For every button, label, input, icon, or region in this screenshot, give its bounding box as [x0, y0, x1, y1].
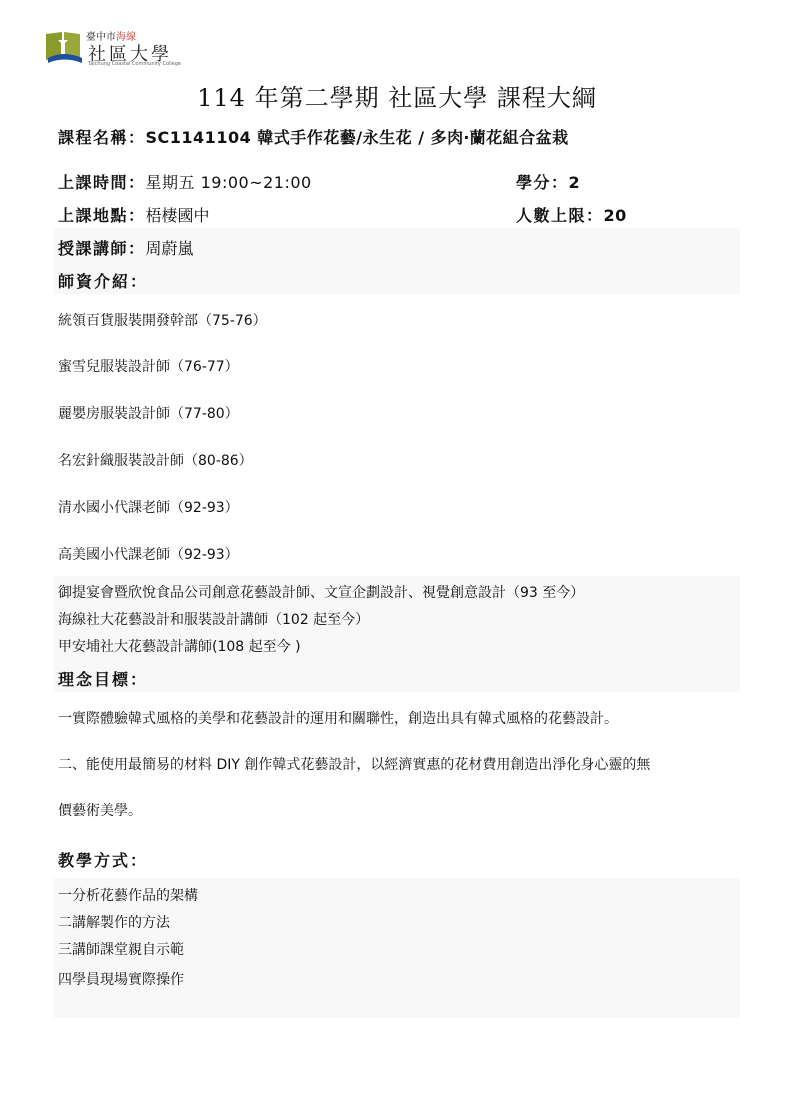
bio-item: 麗嬰房服裝設計師（77-80）	[58, 403, 239, 423]
instructor-label: 授課講師：	[58, 239, 146, 258]
page-title: 114 年第二學期 社區大學 課程大綱	[0, 78, 794, 113]
bio-item: 高美國小代課老師（92-93）	[58, 544, 239, 564]
bio-item: 蜜雪兒服裝設計師（76-77）	[58, 356, 239, 376]
credit-row: 學分：2	[516, 170, 580, 193]
goal-item: 二、能使用最簡易的材料 DIY 創作韓式花藝設計，以經濟實惠的花材費用創造出淨化…	[58, 754, 650, 774]
time-row: 上課時間：星期五 19:00~21:00	[58, 170, 312, 193]
bio-heading: 師資介紹：	[58, 269, 148, 292]
time-label: 上課時間：	[58, 173, 146, 192]
bio-item: 名宏針織服裝設計師（80-86）	[58, 450, 253, 470]
capacity-label: 人數上限：	[516, 206, 604, 225]
college-logo: 臺中市海線 社區大學 Taichung Coastal Community Co…	[44, 28, 172, 68]
method-item: 三講師課堂親自示範	[58, 939, 184, 959]
bio-item: 甲安埔社大花藝設計講師(108 起至今 )	[58, 636, 301, 656]
credit-label: 學分：	[516, 173, 569, 192]
method-item: 一分析花藝作品的架構	[58, 885, 198, 905]
location-value: 梧棲國中	[146, 206, 210, 225]
course-name-row: 課程名稱：SC1141104 韓式手作花藝/永生花 / 多肉‧蘭花組合盆栽	[58, 125, 569, 148]
location-label: 上課地點：	[58, 206, 146, 225]
goals-heading: 理念目標：	[58, 667, 148, 690]
course-name-value: SC1141104 韓式手作花藝/永生花 / 多肉‧蘭花組合盆栽	[146, 128, 569, 147]
credit-value: 2	[569, 173, 581, 192]
method-item: 二講解製作的方法	[58, 912, 170, 932]
methods-heading: 教學方式：	[58, 848, 148, 871]
bio-item: 統領百貨服裝開發幹部（75-76）	[58, 310, 267, 330]
instructor-value: 周蔚嵐	[146, 239, 194, 258]
method-item: 四學員現場實際操作	[58, 969, 184, 989]
book-logo-icon	[44, 30, 84, 64]
logo-english: Taichung Coastal Community College	[88, 61, 181, 67]
bio-item: 御提宴會暨欣悅食品公司創意花藝設計師、文宣企劃設計、視覺創意設計（93 至今）	[58, 582, 584, 602]
course-name-label: 課程名稱：	[58, 128, 146, 147]
bio-item: 清水國小代課老師（92-93）	[58, 497, 239, 517]
time-value: 星期五 19:00~21:00	[146, 173, 312, 192]
goal-item: 一實際體驗韓式風格的美學和花藝設計的運用和關聯性，創造出具有韓式風格的花藝設計。	[58, 708, 618, 728]
goal-item: 價藝術美學。	[58, 800, 142, 820]
location-row: 上課地點：梧棲國中	[58, 203, 210, 226]
capacity-row: 人數上限：20	[516, 203, 627, 226]
instructor-row: 授課講師：周蔚嵐	[58, 236, 194, 259]
capacity-value: 20	[604, 206, 627, 225]
bio-item: 海線社大花藝設計和服裝設計講師（102 起至今）	[58, 609, 369, 629]
